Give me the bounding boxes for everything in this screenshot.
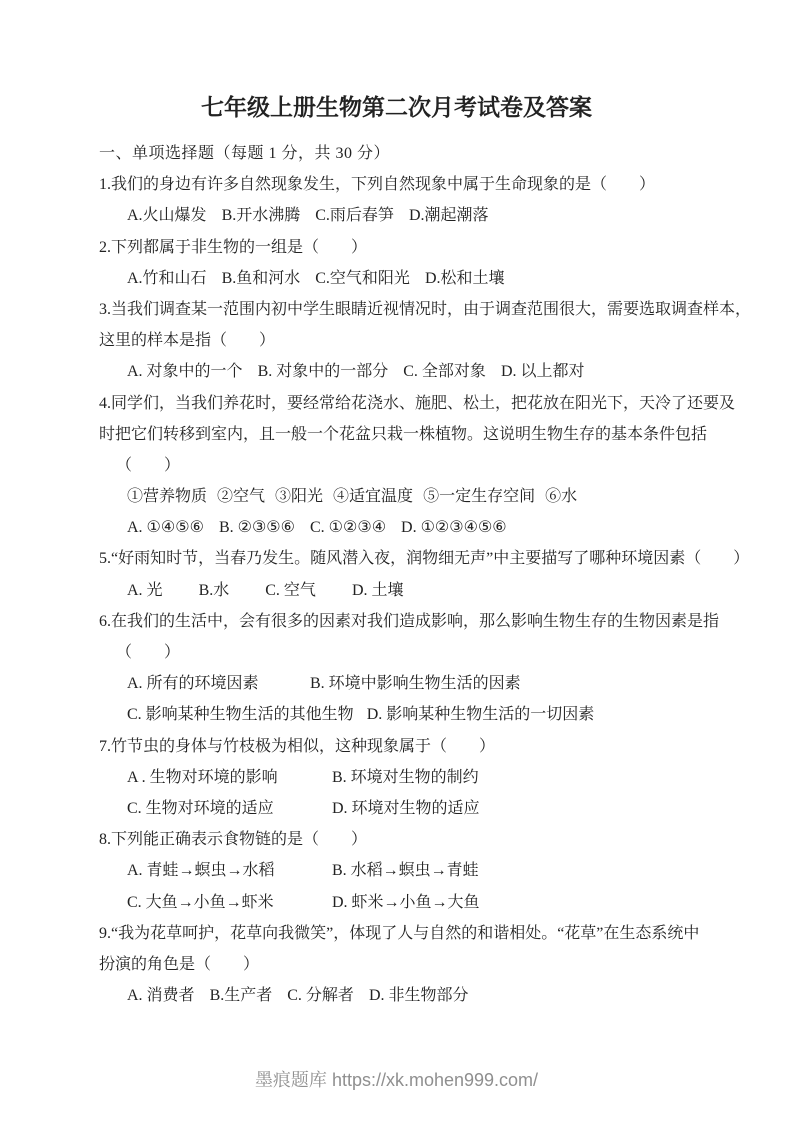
option: A. 青蛙→螟虫→水稻	[127, 855, 319, 886]
option: D. 以上都对	[501, 356, 585, 387]
option: D. 环境对生物的适应	[332, 793, 480, 824]
question-4-option-row: ①营养物质②空气③阳光④适宜温度⑤一定生存空间⑥水	[99, 481, 694, 512]
question-5-option-row: A. 光B.水C. 空气D. 土壤	[99, 575, 694, 606]
option: C. 影响某种生物生活的其他生物	[127, 699, 354, 730]
question-6-option-row: A. 所有的环境因素B. 环境中影响生物生活的因素	[99, 668, 694, 699]
option: B. ②③⑤⑥	[219, 512, 295, 543]
question-text-line: （ ）	[99, 637, 694, 668]
option: D. 虾米→小鱼→大鱼	[332, 887, 480, 918]
question-text-line: 6.在我们的生活中，会有很多的因素对我们造成影响，那么影响生物生存的生物因素是指	[99, 606, 694, 637]
question-1-option-row: A.火山爆发B.开水沸腾C.雨后春笋D.潮起潮落	[99, 200, 694, 231]
option: C. 空气	[265, 575, 316, 606]
question-text-line: 7.竹节虫的身体与竹枝极为相似，这种现象属于（ ）	[99, 731, 694, 762]
option: D.松和土壤	[425, 263, 505, 294]
question-text-line: 3.当我们调查某一范围内初中学生眼睛近视情况时，由于调查范围很大，需要选取调查样…	[99, 294, 694, 325]
question-text-line: 时把它们转移到室内，且一般一个花盆只栽一株植物。这说明生物生存的基本条件包括	[99, 419, 694, 450]
option: C.雨后春笋	[315, 200, 394, 231]
option: D. 影响某种生物生活的一切因素	[367, 699, 595, 730]
option: ②空气	[217, 481, 265, 512]
question-7-option-row: A . 生物对环境的影响B. 环境对生物的制约	[99, 762, 694, 793]
question-4: 4.同学们，当我们养花时，要经常给花浇水、施肥、松土，把花放在阳光下，天冷了还要…	[99, 388, 694, 544]
option: D. ①②③④⑤⑥	[401, 512, 507, 543]
option: A. 对象中的一个	[127, 356, 243, 387]
question-5: 5.“好雨知时节，当春乃发生。随风潜入夜，润物细无声”中主要描写了哪种环境因素（…	[99, 543, 694, 605]
question-9: 9.“我为花草呵护，花草向我微笑”，体现了人与自然的和谐相处。“花草”在生态系统…	[99, 918, 694, 1012]
option: D. 非生物部分	[369, 980, 469, 1011]
option: C. 生物对环境的适应	[127, 793, 319, 824]
option: A . 生物对环境的影响	[127, 762, 319, 793]
option: C. ①②③④	[310, 512, 386, 543]
option: C. 全部对象	[403, 356, 486, 387]
question-text-line: 9.“我为花草呵护，花草向我微笑”，体现了人与自然的和谐相处。“花草”在生态系统…	[99, 918, 694, 949]
question-8-option-row: C. 大鱼→小鱼→虾米D. 虾米→小鱼→大鱼	[99, 887, 694, 918]
question-7-option-row: C. 生物对环境的适应D. 环境对生物的适应	[99, 793, 694, 824]
option: B. 环境对生物的制约	[332, 762, 479, 793]
option: C. 分解者	[287, 980, 354, 1011]
footer-watermark: 墨痕题库 https://xk.mohen999.com/	[0, 1066, 793, 1092]
question-6: 6.在我们的生活中，会有很多的因素对我们造成影响，那么影响生物生存的生物因素是指…	[99, 606, 694, 731]
option: A.火山爆发	[127, 200, 207, 231]
question-text-line: 扮演的角色是（ ）	[99, 949, 694, 980]
option: A. ①④⑤⑥	[127, 512, 204, 543]
question-text-line: 2.下列都属于非生物的一组是（ ）	[99, 232, 694, 263]
option: A.竹和山石	[127, 263, 207, 294]
option: B.开水沸腾	[222, 200, 301, 231]
question-4-option-row: A. ①④⑤⑥B. ②③⑤⑥C. ①②③④D. ①②③④⑤⑥	[99, 512, 694, 543]
option: B. 环境中影响生物生活的因素	[310, 668, 521, 699]
question-3: 3.当我们调查某一范围内初中学生眼睛近视情况时，由于调查范围很大，需要选取调查样…	[99, 294, 694, 388]
option: B. 对象中的一部分	[258, 356, 389, 387]
section-heading: 一、单项选择题（每题 1 分，共 30 分）	[99, 138, 694, 169]
question-text-line: （ ）	[99, 450, 694, 481]
option: ⑥水	[545, 481, 577, 512]
question-9-option-row: A. 消费者B.生产者C. 分解者D. 非生物部分	[99, 980, 694, 1011]
option: C.空气和阳光	[315, 263, 410, 294]
question-text-line: 1.我们的身边有许多自然现象发生，下列自然现象中属于生命现象的是（ ）	[99, 169, 694, 200]
question-2: 2.下列都属于非生物的一组是（ ）A.竹和山石B.鱼和河水C.空气和阳光D.松和…	[99, 232, 694, 294]
question-text-line: 这里的样本是指（ ）	[99, 325, 694, 356]
question-text-line: 5.“好雨知时节，当春乃发生。随风潜入夜，润物细无声”中主要描写了哪种环境因素（…	[99, 543, 694, 574]
question-2-option-row: A.竹和山石B.鱼和河水C.空气和阳光D.松和土壤	[99, 263, 694, 294]
question-1: 1.我们的身边有许多自然现象发生，下列自然现象中属于生命现象的是（ ）A.火山爆…	[99, 169, 694, 231]
questions-container: 1.我们的身边有许多自然现象发生，下列自然现象中属于生命现象的是（ ）A.火山爆…	[99, 169, 694, 1011]
footer-text: 墨痕题库 https://xk.mohen999.com/	[255, 1070, 538, 1090]
question-3-option-row: A. 对象中的一个B. 对象中的一部分C. 全部对象D. 以上都对	[99, 356, 694, 387]
option: B. 水稻→螟虫→青蛙	[332, 855, 479, 886]
option: A. 光	[127, 575, 163, 606]
option: ⑤一定生存空间	[423, 481, 535, 512]
question-text-line: 4.同学们，当我们养花时，要经常给花浇水、施肥、松土，把花放在阳光下，天冷了还要…	[99, 388, 694, 419]
page-title: 七年级上册生物第二次月考试卷及答案	[99, 92, 694, 124]
question-8: 8.下列能正确表示食物链的是（ ）A. 青蛙→螟虫→水稻B. 水稻→螟虫→青蛙C…	[99, 824, 694, 918]
option: ①营养物质	[127, 481, 207, 512]
question-6-option-row: C. 影响某种生物生活的其他生物D. 影响某种生物生活的一切因素	[99, 699, 694, 730]
option: C. 大鱼→小鱼→虾米	[127, 887, 319, 918]
option: ③阳光	[275, 481, 323, 512]
option: D.潮起潮落	[409, 200, 489, 231]
exam-page: 七年级上册生物第二次月考试卷及答案 一、单项选择题（每题 1 分，共 30 分）…	[0, 0, 793, 1011]
option: D. 土壤	[352, 575, 404, 606]
option: ④适宜温度	[333, 481, 413, 512]
option: B.生产者	[210, 980, 273, 1011]
question-7: 7.竹节虫的身体与竹枝极为相似，这种现象属于（ ）A . 生物对环境的影响B. …	[99, 731, 694, 825]
question-8-option-row: A. 青蛙→螟虫→水稻B. 水稻→螟虫→青蛙	[99, 855, 694, 886]
option: B.水	[199, 575, 230, 606]
option: B.鱼和河水	[222, 263, 301, 294]
option: A. 所有的环境因素	[127, 668, 297, 699]
option: A. 消费者	[127, 980, 195, 1011]
question-text-line: 8.下列能正确表示食物链的是（ ）	[99, 824, 694, 855]
